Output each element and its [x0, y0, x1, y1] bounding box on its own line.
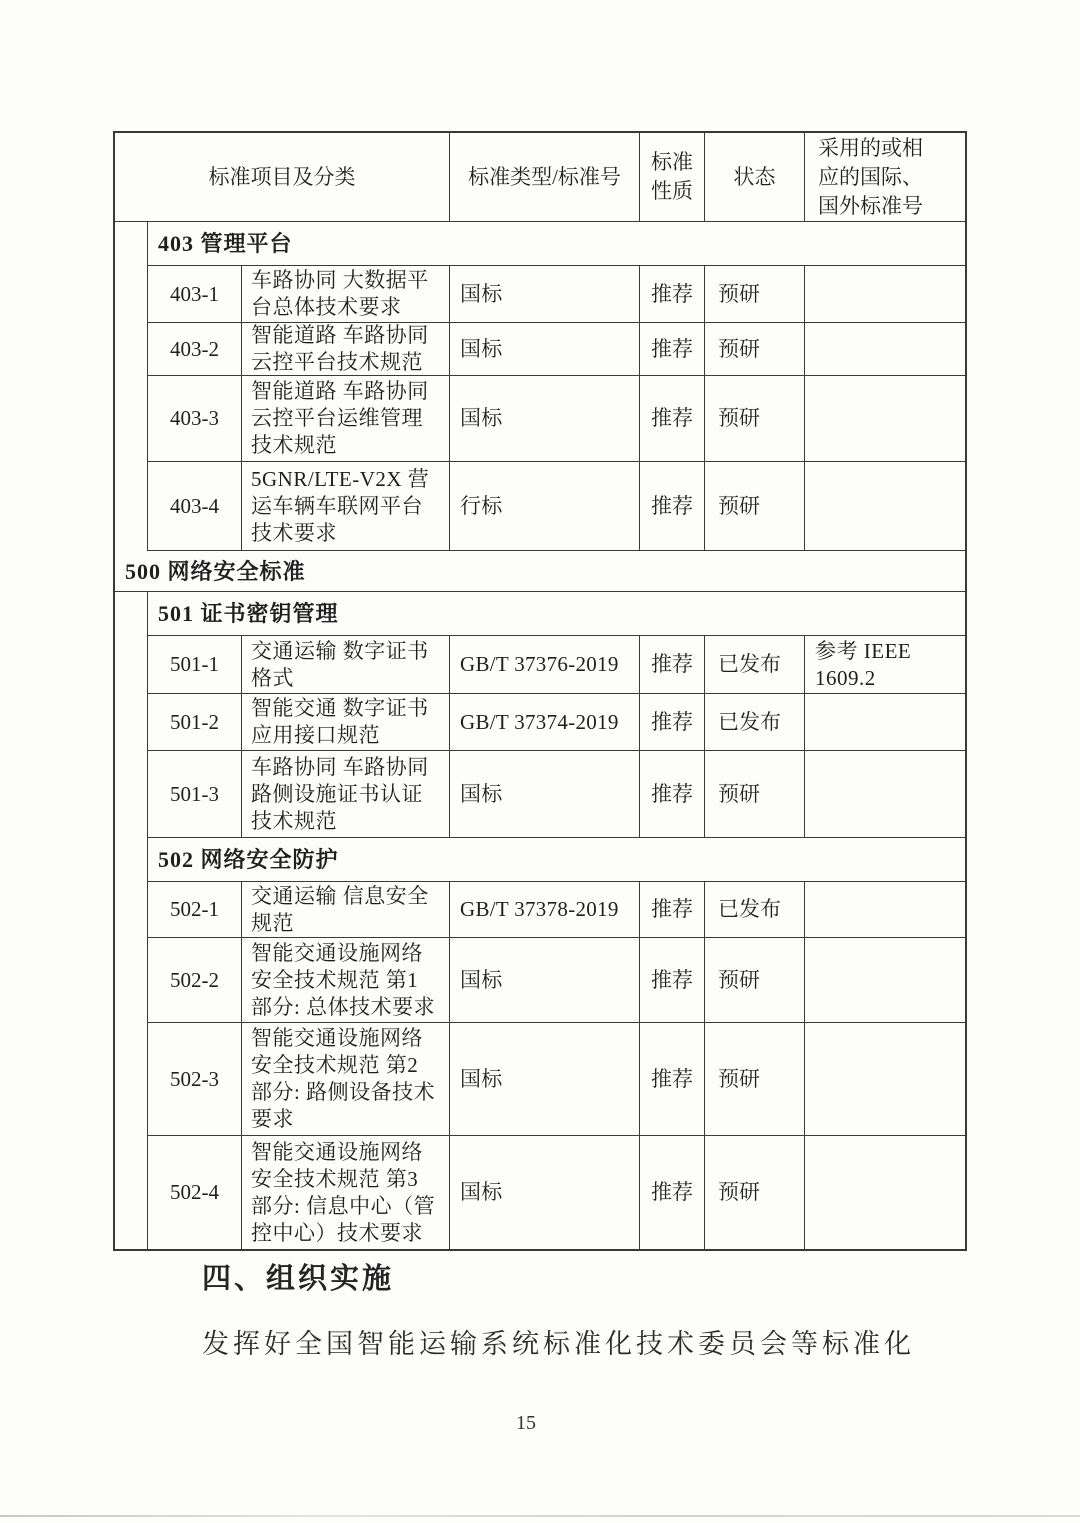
cell-nature: 推荐: [640, 694, 705, 751]
standards-table: 标准项目及分类 标准类型/标准号 标准 性质 状态 采用的或相 应的国际、 国外…: [113, 131, 967, 1251]
cell-name: 智能道路 车路协同 云控平台技术规范: [242, 323, 450, 376]
cell-status: 预研: [705, 938, 805, 1023]
cell-type: GB/T 37378-2019: [450, 882, 640, 938]
cell-name: 智能交通设施网络 安全技术规范 第1 部分: 总体技术要求: [242, 938, 450, 1023]
cell-name: 5GNR/LTE-V2X 营 运车辆车联网平台 技术要求: [242, 462, 450, 551]
cell-code: 403-4: [148, 462, 242, 551]
indent-strip: [115, 222, 148, 551]
cell-type: 国标: [450, 323, 640, 376]
cell-nature: 推荐: [640, 636, 705, 694]
cell-nature: 推荐: [640, 323, 705, 376]
subsection-row-label: 501 证书密钥管理: [148, 592, 965, 636]
cell-nature: 推荐: [640, 266, 705, 323]
cell-name: 智能交通 数字证书 应用接口规范: [242, 694, 450, 751]
cell-name: 智能道路 车路协同 云控平台运维管理 技术规范: [242, 376, 450, 462]
cell-code: 502-4: [148, 1136, 242, 1249]
cell-status: 预研: [705, 1136, 805, 1249]
cell-status: 已发布: [705, 882, 805, 938]
cell-type: 国标: [450, 751, 640, 838]
cell-type: 国标: [450, 1136, 640, 1249]
cell-code: 502-1: [148, 882, 242, 938]
cell-nature: 推荐: [640, 1023, 705, 1136]
section-row-label: 500 网络安全标准: [115, 551, 965, 592]
cell-type: 国标: [450, 376, 640, 462]
cell-name: 交通运输 信息安全 规范: [242, 882, 450, 938]
cell-code: 403-1: [148, 266, 242, 323]
cell-status: 预研: [705, 462, 805, 551]
cell-nature: 推荐: [640, 462, 705, 551]
cell-type: 国标: [450, 938, 640, 1023]
cell-intl: [805, 1136, 965, 1249]
cell-code: 403-2: [148, 323, 242, 376]
page-number: 15: [0, 1412, 1052, 1435]
cell-status: 预研: [705, 1023, 805, 1136]
cell-intl: 参考 IEEE 1609.2: [805, 636, 965, 694]
cell-status: 已发布: [705, 694, 805, 751]
header-status-col: 状态: [705, 133, 805, 222]
cell-name: 交通运输 数字证书 格式: [242, 636, 450, 694]
cell-intl: [805, 938, 965, 1023]
cell-intl: [805, 882, 965, 938]
subsection-row-label: 403 管理平台: [148, 222, 965, 266]
cell-type: 国标: [450, 266, 640, 323]
cell-name: 车路协同 车路协同 路侧设施证书认证 技术规范: [242, 751, 450, 838]
cell-nature: 推荐: [640, 376, 705, 462]
cell-code: 502-3: [148, 1023, 242, 1136]
header-type-col: 标准类型/标准号: [450, 133, 640, 222]
cell-nature: 推荐: [640, 882, 705, 938]
cell-intl: [805, 266, 965, 323]
header-intl-col: 采用的或相 应的国际、 国外标准号: [805, 133, 965, 222]
header-project-col: 标准项目及分类: [115, 133, 450, 222]
cell-code: 501-2: [148, 694, 242, 751]
cell-intl: [805, 376, 965, 462]
body-paragraph: 发挥好全国智能运输系统标准化技术委员会等标准化: [202, 1322, 915, 1361]
cell-intl: [805, 751, 965, 838]
scan-edge-line: [0, 1515, 1080, 1517]
cell-status: 预研: [705, 751, 805, 838]
subsection-row-label: 502 网络安全防护: [148, 838, 965, 882]
cell-code: 403-3: [148, 376, 242, 462]
cell-nature: 推荐: [640, 938, 705, 1023]
cell-intl: [805, 462, 965, 551]
indent-strip: [115, 592, 148, 1249]
cell-code: 501-3: [148, 751, 242, 838]
cell-name: 智能交通设施网络 安全技术规范 第2 部分: 路侧设备技术 要求: [242, 1023, 450, 1136]
cell-code: 502-2: [148, 938, 242, 1023]
section-heading: 四、组织实施: [202, 1256, 394, 1297]
cell-intl: [805, 694, 965, 751]
cell-type: GB/T 37374-2019: [450, 694, 640, 751]
cell-status: 预研: [705, 376, 805, 462]
cell-type: 行标: [450, 462, 640, 551]
cell-status: 预研: [705, 323, 805, 376]
cell-type: 国标: [450, 1023, 640, 1136]
cell-nature: 推荐: [640, 1136, 705, 1249]
cell-status: 已发布: [705, 636, 805, 694]
cell-name: 车路协同 大数据平 台总体技术要求: [242, 266, 450, 323]
cell-nature: 推荐: [640, 751, 705, 838]
cell-status: 预研: [705, 266, 805, 323]
header-nature-col: 标准 性质: [640, 133, 705, 222]
cell-code: 501-1: [148, 636, 242, 694]
cell-intl: [805, 323, 965, 376]
cell-type: GB/T 37376-2019: [450, 636, 640, 694]
cell-name: 智能交通设施网络 安全技术规范 第3 部分: 信息中心（管 控中心）技术要求: [242, 1136, 450, 1249]
cell-intl: [805, 1023, 965, 1136]
